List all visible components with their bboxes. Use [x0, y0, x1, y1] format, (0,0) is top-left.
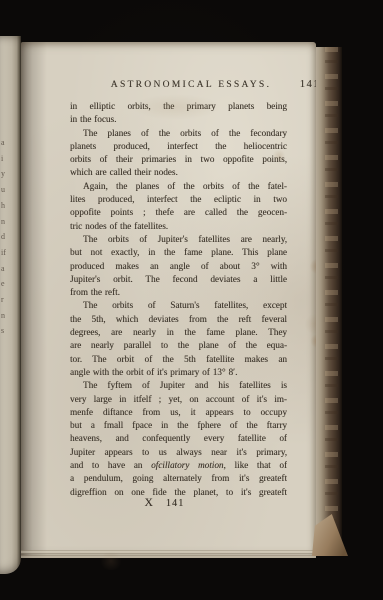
text-line: but a fmall fpace in the fphere of the f…	[70, 419, 287, 432]
text-line: which are called their nodes.	[70, 166, 287, 179]
text-line: The planes of the orbits of the fecondar…	[70, 127, 287, 140]
book-page: ASTRONOMICAL ESSAYS. 141 in elliptic orb…	[21, 42, 316, 558]
header-page-number: 141	[286, 79, 320, 90]
text-line: the 5th, which deviates from the reft fe…	[70, 313, 287, 326]
text-line: angle with the orbit of it's primary of …	[70, 366, 287, 379]
text-line: Again, the planes of the orbits of the f…	[70, 180, 287, 193]
text-line: oppofite points ; thefe are called the g…	[70, 206, 287, 219]
text-line: are nearly parallel to the plane of the …	[70, 339, 287, 352]
text-line: in elliptic orbits, the primary planets …	[70, 100, 287, 113]
stacked-page-edges-bottom	[21, 549, 316, 558]
text-line: tor. The orbit of the 5th fatellite make…	[70, 353, 287, 366]
text-line: but not exactly, in the fame plane. This…	[70, 246, 287, 259]
fore-edge-texture	[325, 47, 338, 556]
signature-letter: X	[145, 497, 153, 509]
text-line: a pendulum, going alternately from it's …	[70, 472, 287, 485]
text-line: produced makes an angle of about 3° with	[70, 260, 287, 273]
text-line: The orbits of Jupiter's fatellites are n…	[70, 233, 287, 246]
text-line: Jupiter appears to us always near it's p…	[70, 446, 287, 459]
text-line: Jupiter's orbit. The fecond deviates a l…	[70, 273, 287, 286]
text-line: lites produced, interfect the ecliptic i…	[70, 193, 287, 206]
photo-background: a i y u h n d if a e r n s ASTRONOMICAL …	[0, 0, 383, 600]
text-line: The fyftem of Jupiter and his fatellites…	[70, 379, 287, 392]
text-line: orbits of their primaries in two oppofit…	[70, 153, 287, 166]
signature-number: 141	[166, 498, 185, 509]
text-line: in the focus.	[70, 113, 287, 126]
text-line: tric nodes of the fatellites.	[70, 220, 287, 233]
book-fore-edge	[316, 47, 342, 556]
text-line: degrees, are nearly in the fame plane. T…	[70, 326, 287, 339]
left-page-fragments: a i y u h n d if a e r n s	[1, 135, 10, 375]
text-line: and to have an ofcillatory motion, like …	[70, 459, 287, 472]
text-line: heavens, and confequently every fatellit…	[70, 432, 287, 445]
text-line: menfe diftance from us, it appears to oc…	[70, 406, 287, 419]
gutter-shadow	[21, 42, 47, 558]
text-line: very large in itfelf ; yet, on account o…	[70, 393, 287, 406]
text-block: in elliptic orbits, the primary planets …	[70, 100, 287, 499]
facing-page-edge: a i y u h n d if a e r n s	[0, 36, 21, 574]
running-header: ASTRONOMICAL ESSAYS. 141	[70, 79, 320, 93]
text-line: The orbits of Saturn's fatellites, excep…	[70, 299, 287, 312]
text-line: planets produced, interfect the heliocen…	[70, 140, 287, 153]
header-title: ASTRONOMICAL ESSAYS.	[70, 80, 286, 90]
text-line: from the reft.	[70, 286, 287, 299]
signature-line: X 141	[56, 497, 273, 511]
